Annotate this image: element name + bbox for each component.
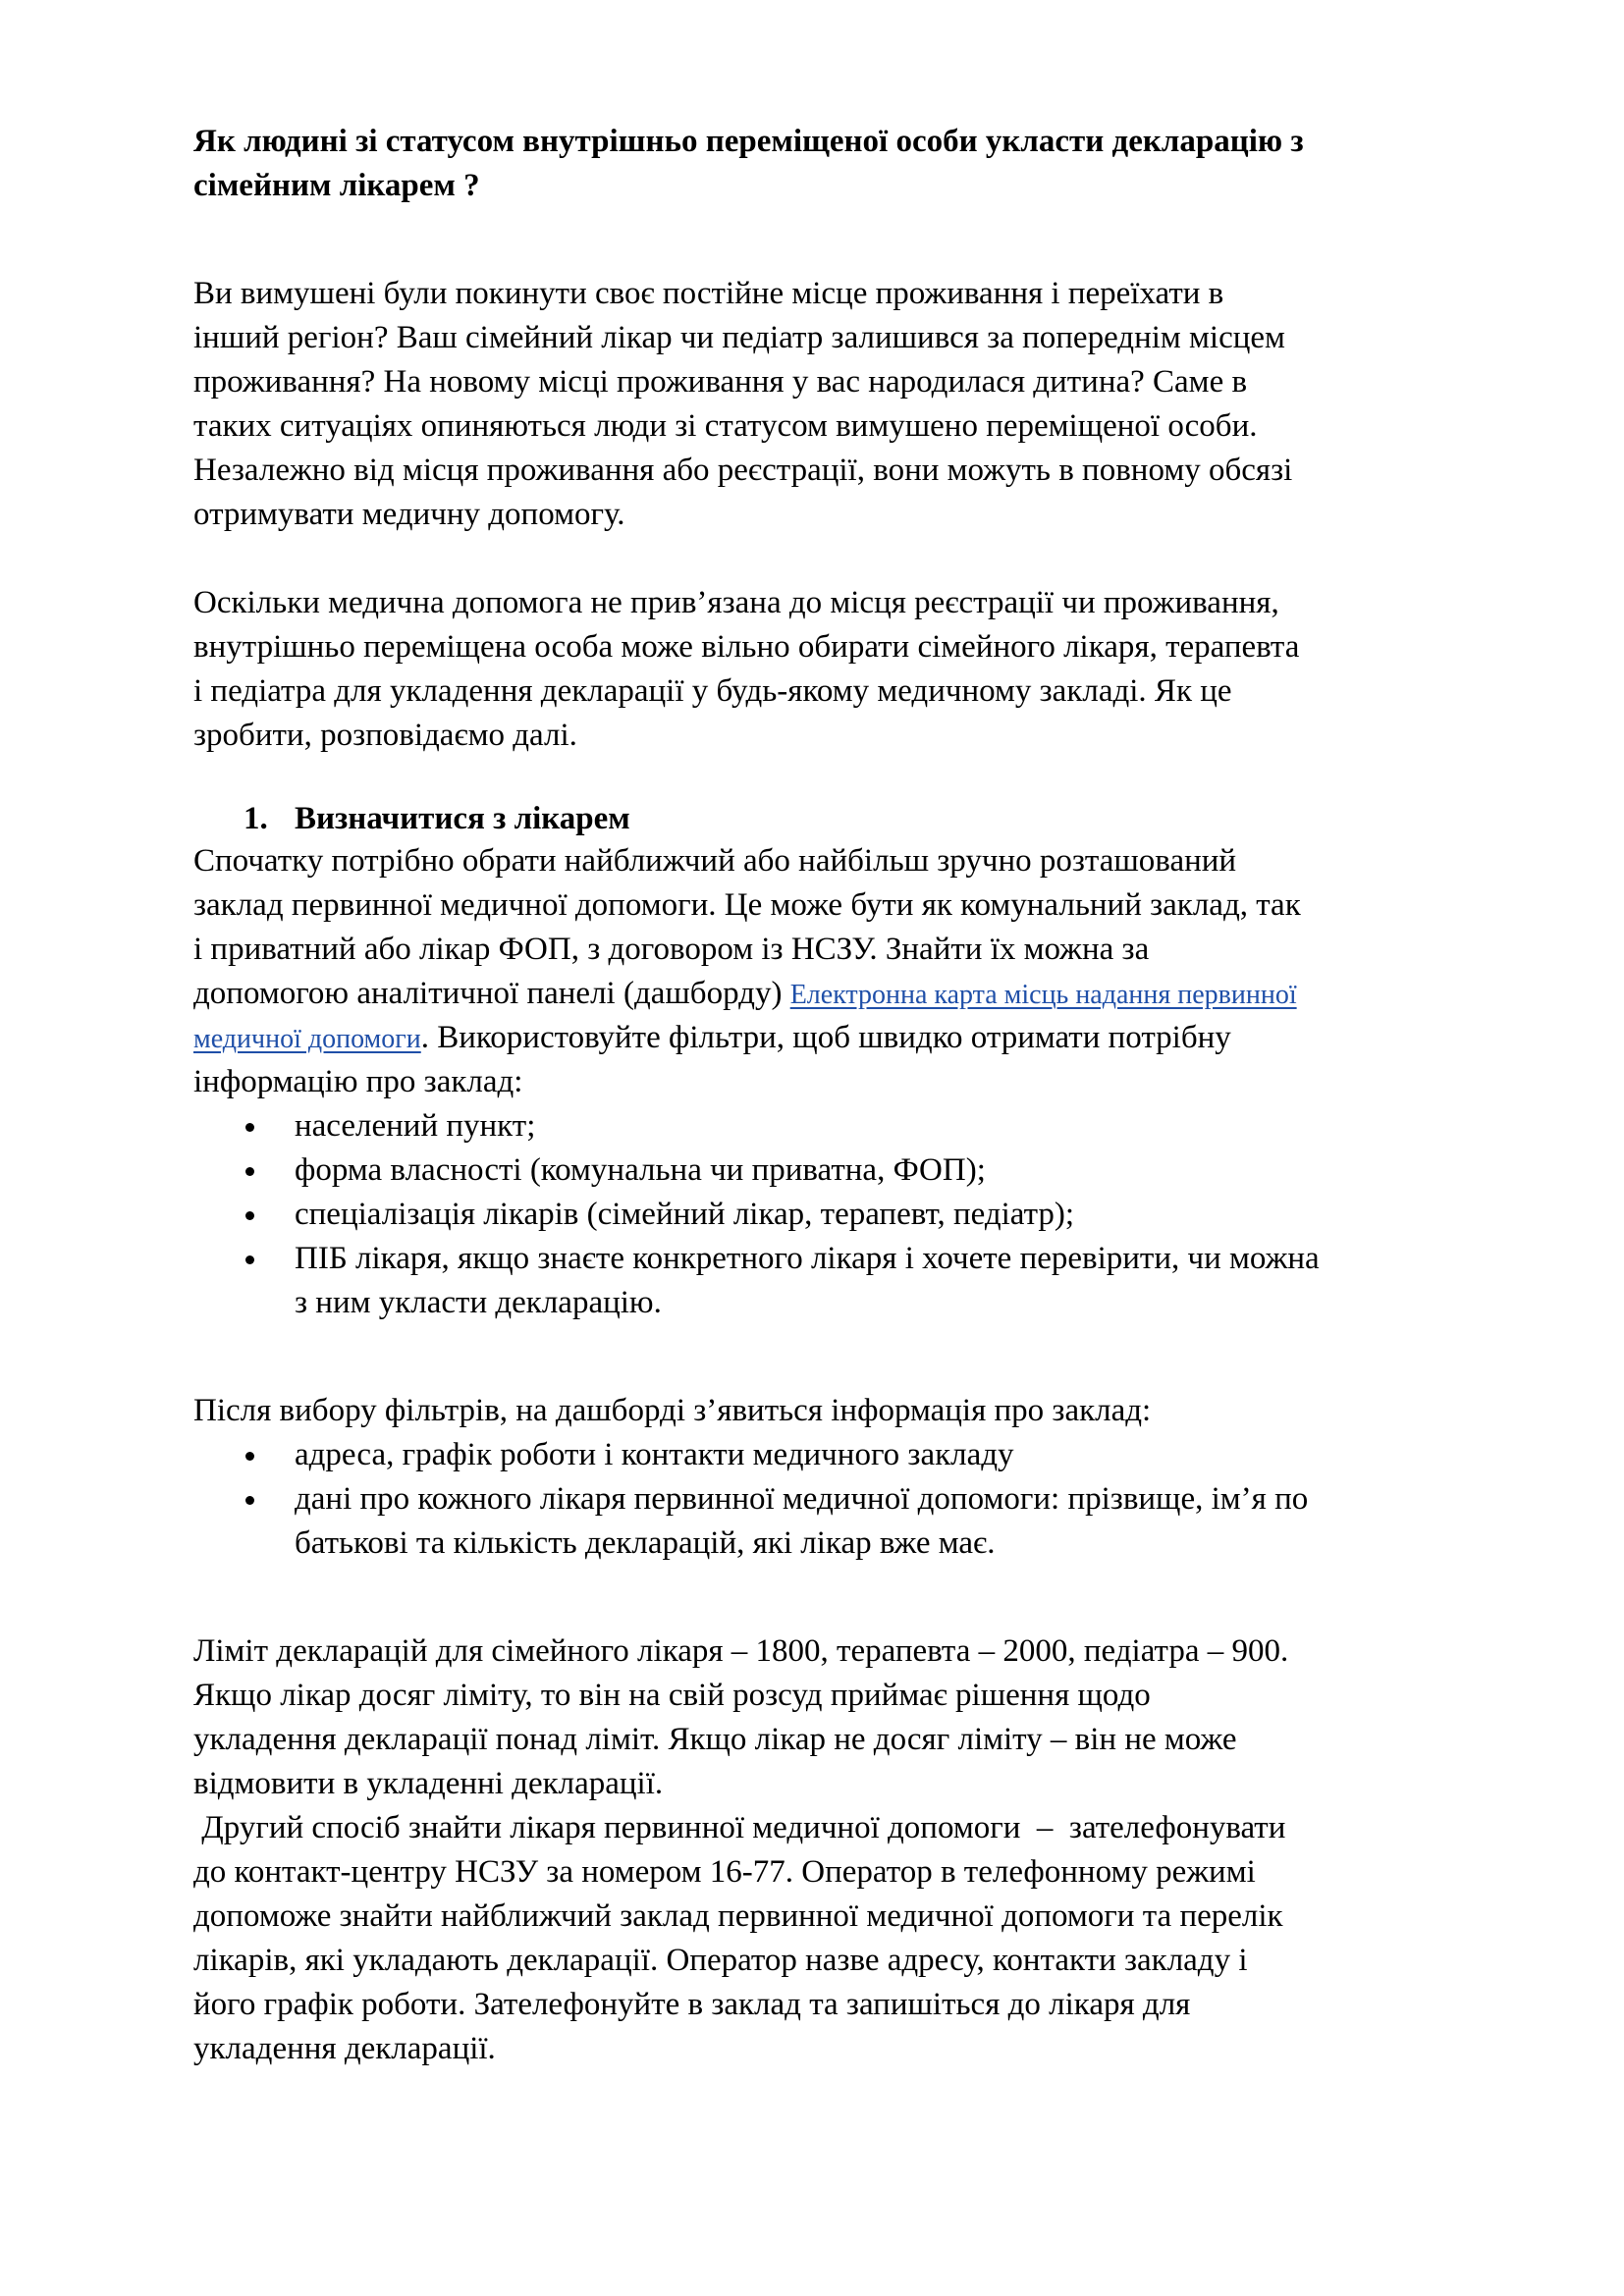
section1-link-line: допомогою аналітичної панелі (дашборду) … — [193, 972, 1297, 1017]
list-item-text: населений пункт; — [295, 1104, 535, 1148]
contact-center-line: до контакт-центру НСЗУ за номером 16-77.… — [193, 1850, 1256, 1895]
intro-line: проживання? На новому місці проживання у… — [193, 360, 1247, 404]
section1-line: Спочатку потрібно обрати найближчий або … — [193, 839, 1236, 883]
bullet-icon — [245, 1123, 254, 1132]
link-suffix-text: . Використовуйте фільтри, щоб швидко отр… — [421, 1020, 1231, 1055]
contact-center-line: допоможе знайти найближчий заклад первин… — [193, 1895, 1283, 1939]
section-1-heading: 1. Визначитися з лікарем — [193, 797, 1372, 841]
section-number: 1. — [244, 797, 268, 841]
para2-line: і педіатра для укладення декларації у бу… — [193, 669, 1232, 714]
list-item: адреса, графік роботи і контакти медично… — [193, 1433, 1470, 1477]
primary-care-map-link-continued[interactable]: медичної допомоги — [193, 1024, 421, 1054]
link-prefix-text: допомогою аналітичної панелі (дашборду) — [193, 976, 790, 1011]
para2-line: внутрішньо переміщена особа може вільно … — [193, 625, 1299, 669]
limits-line: Ліміт декларацій для сімейного лікаря – … — [193, 1629, 1288, 1674]
primary-care-map-link[interactable]: Електронна карта місць надання первинної — [790, 980, 1297, 1010]
document-title-line-2: сімейним лікарем ? — [193, 164, 480, 208]
limits-line: Якщо лікар досяг ліміту, то він на свій … — [193, 1674, 1151, 1718]
section1-line: заклад первинної медичної допомоги. Це м… — [193, 883, 1301, 928]
list-item: дані про кожного лікаря первинної медичн… — [193, 1477, 1470, 1522]
contact-center-line: Другий спосіб знайти лікаря первинної ме… — [193, 1806, 1285, 1850]
intro-line: інший регіон? Ваш сімейний лікар чи педі… — [193, 316, 1285, 360]
list-item: спеціалізація лікарів (сімейний лікар, т… — [193, 1193, 1470, 1237]
bullet-icon — [245, 1211, 254, 1220]
bullet-icon — [245, 1167, 254, 1176]
section1-line: інформацію про заклад: — [193, 1060, 522, 1104]
para2-line: зробити, розповідаємо далі. — [193, 714, 577, 758]
bullet-icon — [245, 1496, 254, 1505]
list-item: населений пункт; — [193, 1104, 1470, 1148]
contact-center-line: його графік роботи. Зателефонуйте в закл… — [193, 1983, 1190, 2027]
section1-link-line-2: медичної допомоги. Використовуйте фільтр… — [193, 1016, 1231, 1061]
limits-line: укладення декларації понад ліміт. Якщо л… — [193, 1718, 1236, 1762]
bullet-icon — [245, 1452, 254, 1461]
list-item-text: форма власності (комунальна чи приватна,… — [295, 1148, 986, 1193]
list-item-text: спеціалізація лікарів (сімейний лікар, т… — [295, 1193, 1074, 1237]
limits-line: відмовити в укладенні декларації. — [193, 1762, 663, 1806]
list-item-text: адреса, графік роботи і контакти медично… — [295, 1433, 1014, 1477]
after-filters-intro: Після вибору фільтрів, на дашборді з’яви… — [193, 1389, 1151, 1433]
section-heading-text: Визначитися з лікарем — [295, 797, 630, 841]
intro-line: Ви вимушені були покинути своє постійне … — [193, 272, 1223, 316]
intro-line: отримувати медичну допомогу. — [193, 493, 624, 537]
section1-line: і приватний або лікар ФОП, з договором і… — [193, 928, 1149, 972]
list-item: ПІБ лікаря, якщо знаєте конкретного ліка… — [193, 1237, 1470, 1281]
intro-line: Незалежно від місця проживання або реєст… — [193, 449, 1292, 493]
list-item-continuation: батькові та кількість декларацій, які лі… — [295, 1522, 995, 1566]
bullet-icon — [245, 1255, 254, 1264]
document-title-line-1: Як людині зі статусом внутрішньо переміщ… — [193, 120, 1304, 164]
list-item-text: ПІБ лікаря, якщо знаєте конкретного ліка… — [295, 1237, 1320, 1281]
intro-line: таких ситуаціях опиняються люди зі стату… — [193, 404, 1258, 449]
list-item-text: дані про кожного лікаря первинної медичн… — [295, 1477, 1308, 1522]
contact-center-line: лікарів, які укладають декларації. Опера… — [193, 1939, 1248, 1983]
para2-line: Оскільки медична допомога не прив’язана … — [193, 581, 1279, 625]
list-item-continuation: з ним укласти декларацію. — [295, 1281, 662, 1325]
contact-center-line: укладення декларації. — [193, 2027, 496, 2071]
list-item: форма власності (комунальна чи приватна,… — [193, 1148, 1470, 1193]
document-page: Як людині зі статусом внутрішньо переміщ… — [0, 0, 1624, 2296]
